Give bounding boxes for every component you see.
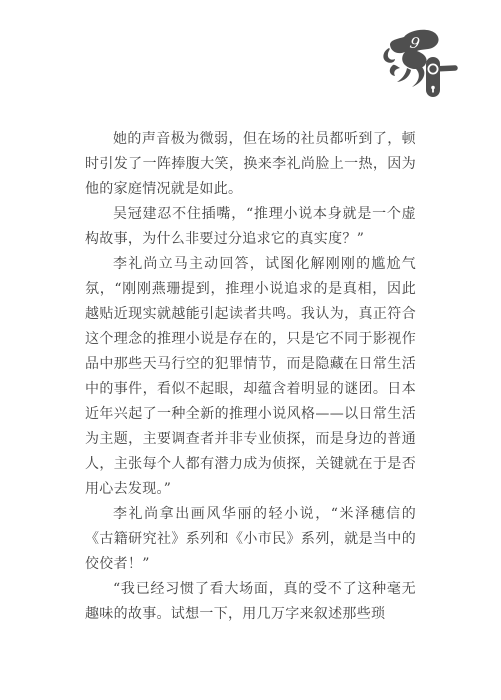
page-text-block: 她的声音极为微弱，但在场的社员都听到了，顿时引发了一阵捧腹大笑，换来李礼尚脸上一… — [85, 127, 416, 627]
door-handle-icon — [426, 57, 455, 97]
paragraph-4: 李礼尚拿出画风华丽的轻小说，“米泽穗信的《古籍研究社》系列和《小市民》系列，就是… — [85, 502, 416, 577]
chapter-ornament-icon: 9 — [382, 28, 458, 98]
book-page: 9 她的声音极为微弱，但在场的社员都听到了，顿时引发了一阵捧腹大笑，换来李礼尚脸… — [0, 0, 501, 700]
paragraph-3: 李礼尚立马主动回答，试图化解刚刚的尴尬气氛，“刚刚燕珊提到，推理小说追求的是真相… — [85, 252, 416, 502]
paragraph-1: 她的声音极为微弱，但在场的社员都听到了，顿时引发了一阵捧腹大笑，换来李礼尚脸上一… — [85, 127, 416, 202]
paragraph-5: “我已经习惯了看大场面，真的受不了这种毫无趣味的故事。试想一下，用几万字来叙述那… — [85, 577, 416, 627]
paragraph-2: 吴冠建忍不住插嘴，“推理小说本身就是一个虚构故事，为什么非要过分追求它的真实度？… — [85, 202, 416, 252]
